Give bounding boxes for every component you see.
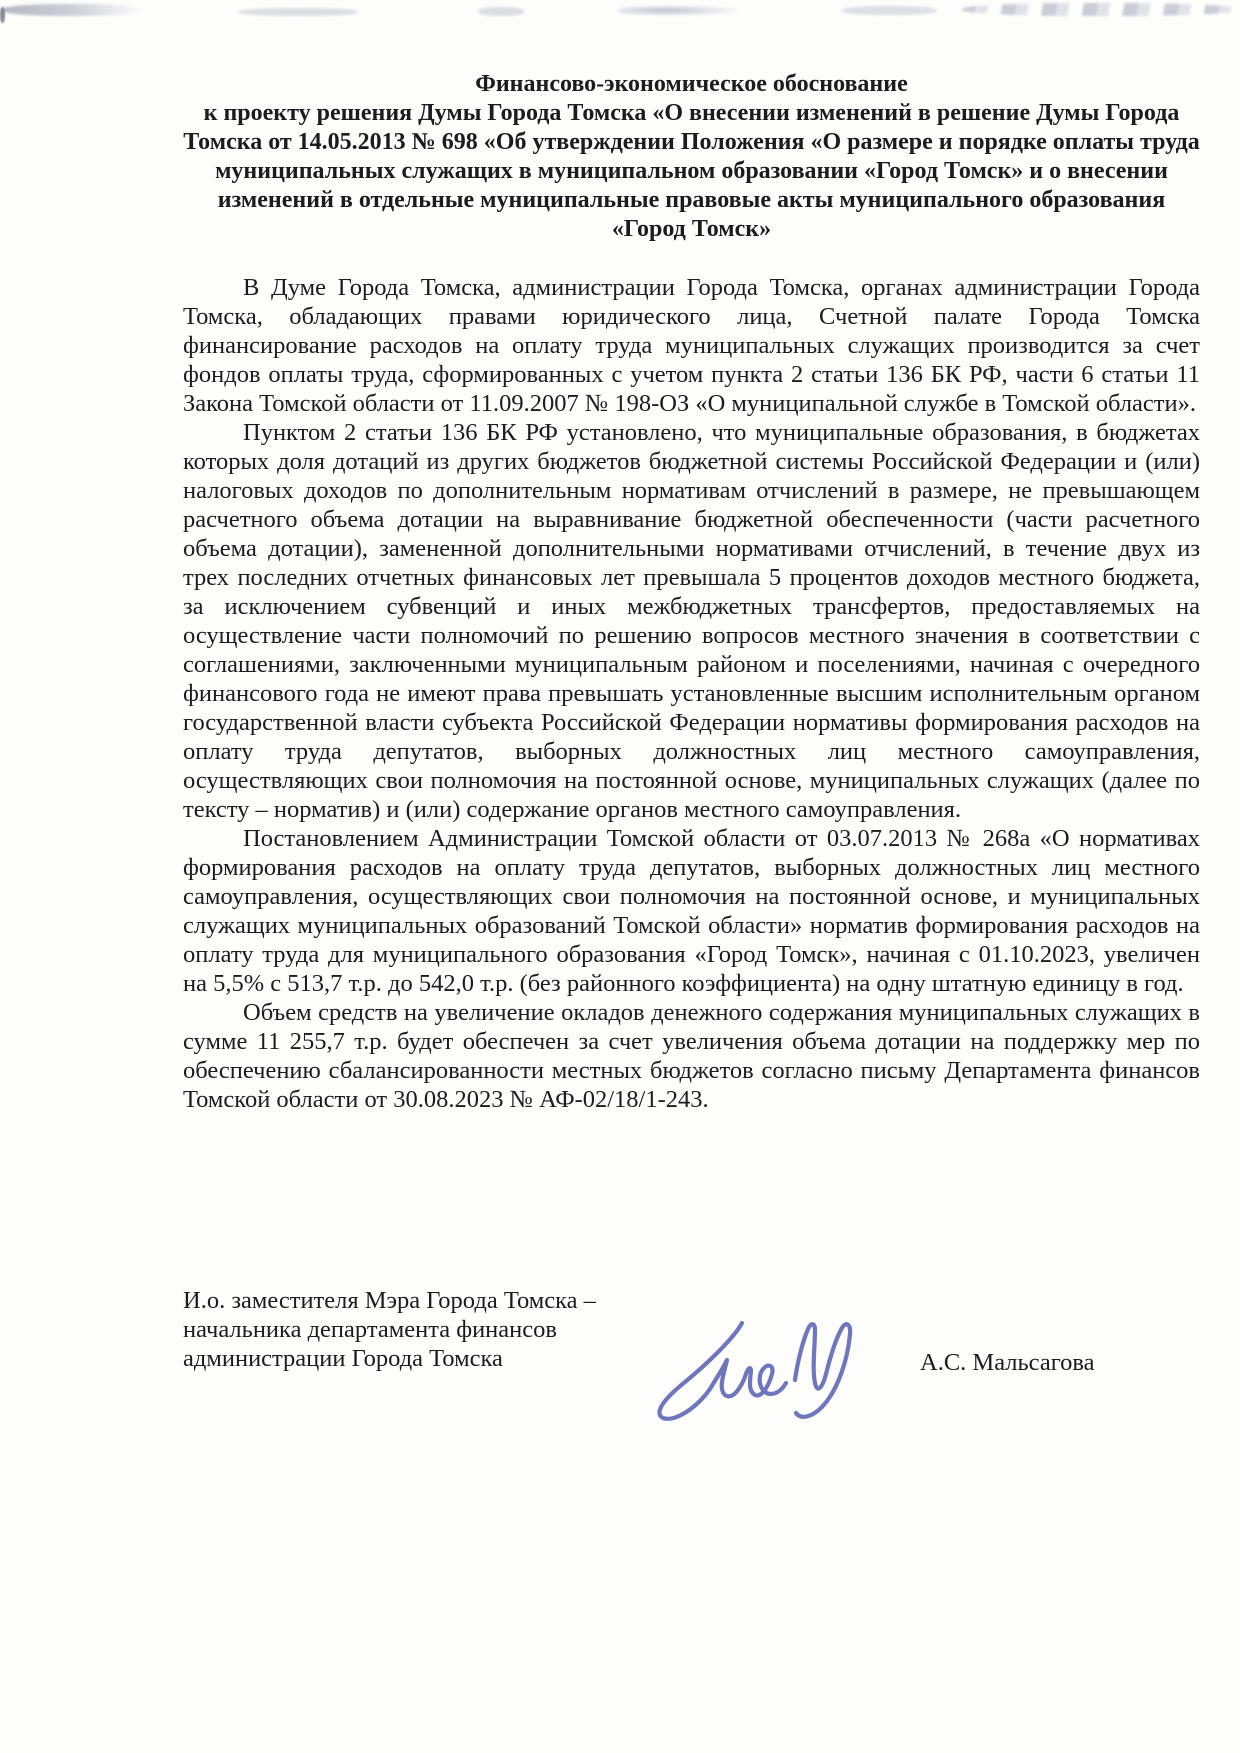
body-paragraph: Пунктом 2 статьи 136 БК РФ установлено, … <box>183 418 1200 824</box>
scan-artifact <box>842 6 937 15</box>
scan-artifact <box>0 7 5 23</box>
scan-artifact <box>962 3 1240 16</box>
signature-stroke <box>659 1323 786 1419</box>
handwritten-signature-icon <box>645 1316 873 1426</box>
signatory-position-line: И.о. заместителя Мэра Города Томска – <box>183 1286 763 1315</box>
scan-artifact <box>238 8 358 16</box>
signatory-name: А.С. Мальсагова <box>920 1348 1095 1377</box>
title-first-line: Финансово-экономическое обоснование <box>183 70 1200 99</box>
document-content: Финансово-экономическое обоснование к пр… <box>183 70 1200 1114</box>
document-title: Финансово-экономическое обоснование к пр… <box>183 70 1200 244</box>
document-body: В Думе Города Томска, администрации Горо… <box>183 273 1200 1114</box>
signature-stroke <box>795 1324 850 1417</box>
scan-artifact <box>618 5 738 16</box>
body-paragraph: Постановлением Администрации Томской обл… <box>183 824 1200 998</box>
title-continuation: к проекту решения Думы Города Томска «О … <box>183 99 1200 244</box>
scan-artifact <box>478 7 524 16</box>
document-page: Финансово-экономическое обоснование к пр… <box>0 0 1240 1753</box>
body-paragraph: Объем средств на увеличение окладов дене… <box>183 998 1200 1114</box>
scan-artifact <box>2 4 142 16</box>
body-paragraph: В Думе Города Томска, администрации Горо… <box>183 273 1200 418</box>
